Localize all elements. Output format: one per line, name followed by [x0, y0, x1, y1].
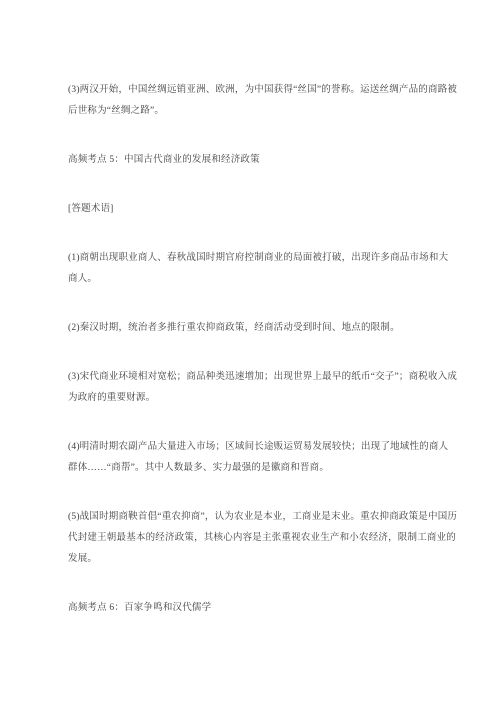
- term-item-4: (4)明清时期农副产品大量进入市场；区域间长途贩运贸易发展较快；出现了地域性的商…: [68, 437, 486, 479]
- term-item-2: (2)秦汉时期，统治者多推行重农抑商政策，经商活动受到时间、地点的限制。: [68, 318, 486, 339]
- document-page: (3)两汉开始，中国丝绸远销亚洲、欧洲，为中国获得“丝国”的誉称。运送丝绸产品的…: [0, 0, 500, 707]
- paragraph-silk-road: (3)两汉开始，中国丝绸远销亚洲、欧洲，为中国获得“丝国”的誉称。运送丝绸产品的…: [68, 80, 486, 122]
- heading-key-point-6: 高频考点 6：百家争鸣和汉代儒学: [68, 598, 486, 619]
- term-item-3: (3)宋代商业环境相对宽松；商品种类迅速增加；出现世界上最早的纸币“交子”；商税…: [68, 367, 486, 409]
- heading-key-point-5: 高频考点 5：中国古代商业的发展和经济政策: [68, 150, 486, 171]
- answer-terms-label: [答题术语]: [68, 199, 486, 220]
- term-item-5: (5)战国时期商鞅首倡“重农抑商”，认为农业是本业，工商业是末业。重农抑商政策是…: [68, 507, 486, 570]
- document-content: (3)两汉开始，中国丝绸远销亚洲、欧洲，为中国获得“丝国”的誉称。运送丝绸产品的…: [0, 0, 500, 619]
- term-item-1: (1)商朝出现职业商人、春秋战国时期官府控制商业的局面被打破，出现许多商品市场和…: [68, 248, 486, 290]
